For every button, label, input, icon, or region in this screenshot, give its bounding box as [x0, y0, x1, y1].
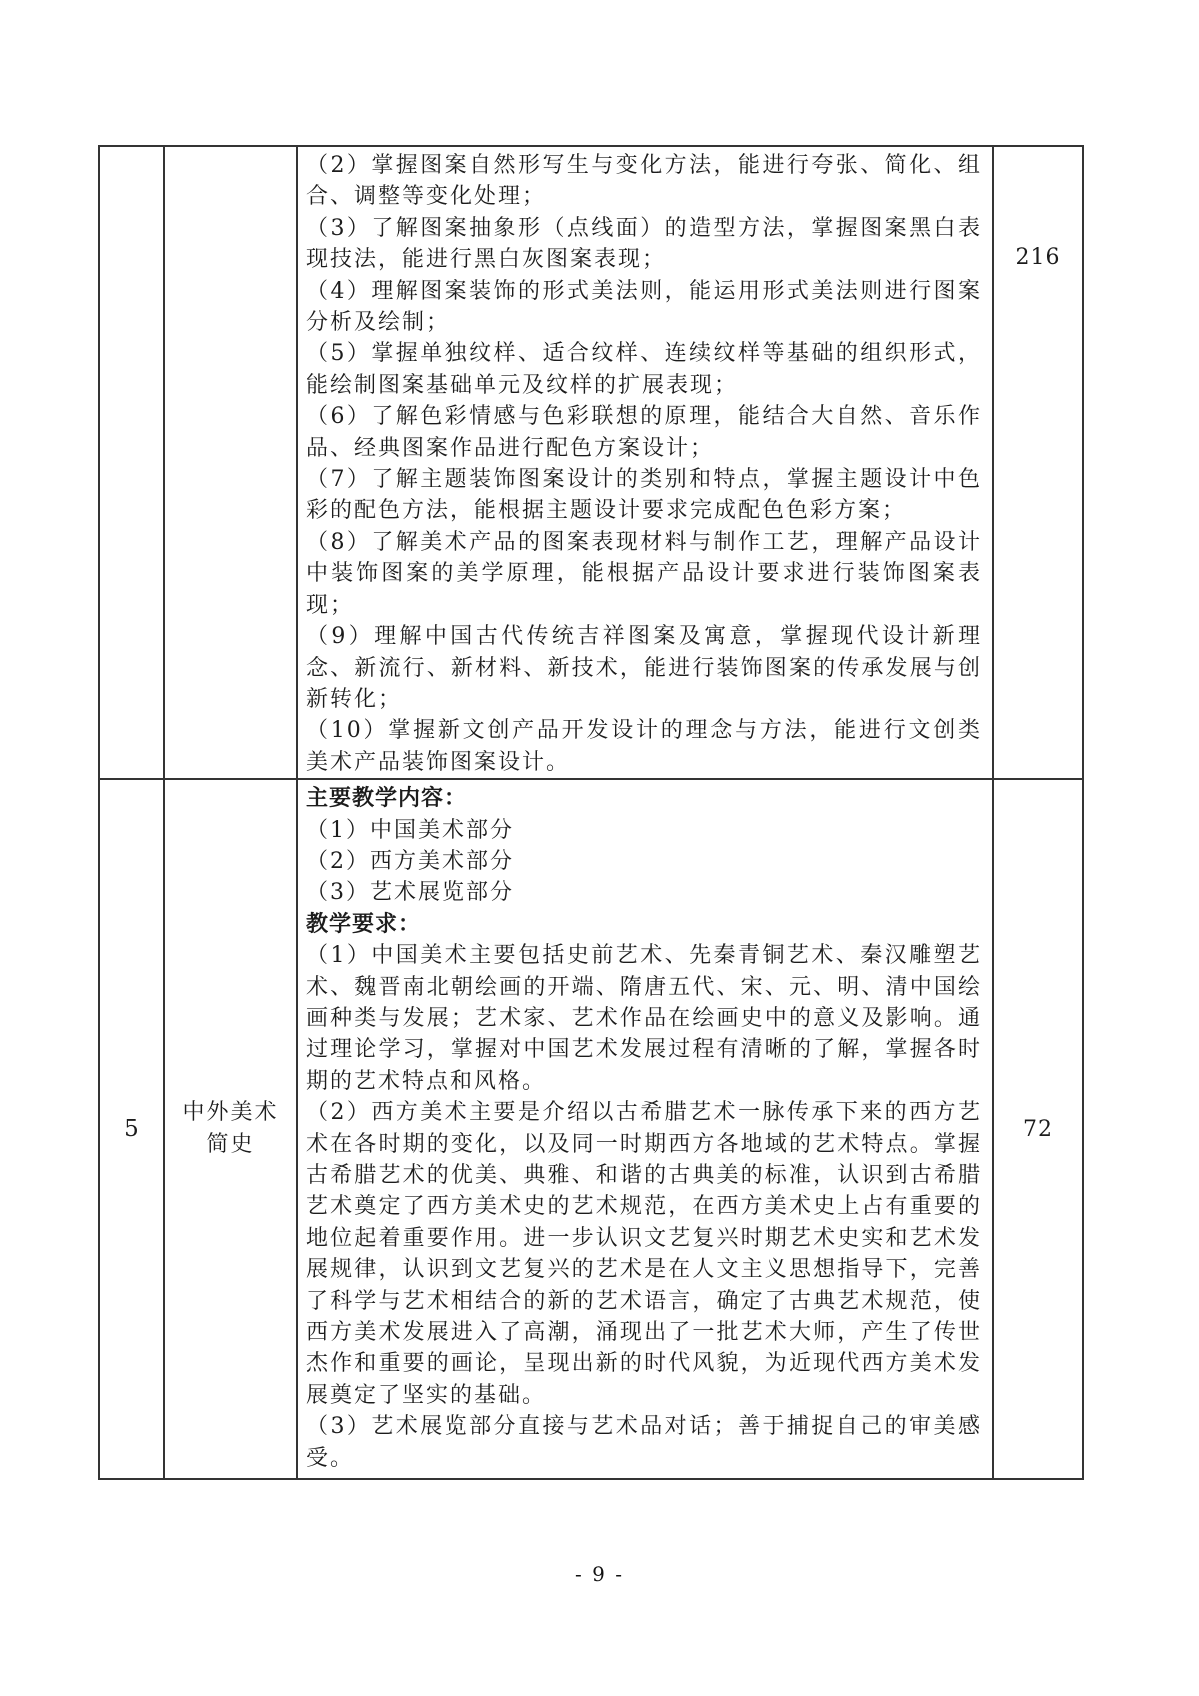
requirement-item: （8）了解美术产品的图案表现材料与制作工艺，理解产品设计中装饰图案的美学原理，能… — [306, 527, 982, 621]
requirement-item: （10）掌握新文创产品开发设计的理念与方法，能进行文创类美术产品装饰图案设计。 — [306, 715, 982, 778]
course-table: （2）掌握图案自然形写生与变化方法，能进行夸张、简化、组合、调整等变化处理； （… — [98, 145, 1084, 1480]
requirement-item: （7）了解主题装饰图案设计的类别和特点，掌握主题设计中色彩的配色方法，能根据主题… — [306, 464, 982, 527]
table-row: 5 中外美术简史 主要教学内容： （1）中国美术部分 （2）西方美术部分 （3）… — [99, 779, 1083, 1479]
requirement-item: （3）了解图案抽象形（点线面）的造型方法，掌握图案黑白表现技法，能进行黑白灰图案… — [306, 213, 982, 276]
page-number: - 9 - — [0, 1562, 1199, 1586]
course-name-cell: 中外美术简史 — [164, 779, 297, 1479]
requirement-item: （1）中国美术主要包括史前艺术、先秦青铜艺术、秦汉雕塑艺术、魏晋南北朝绘画的开端… — [306, 940, 982, 1097]
content-item: （3）艺术展览部分 — [306, 877, 982, 908]
course-number-cell: 5 — [99, 779, 164, 1479]
course-hours-cell: 72 — [993, 779, 1083, 1479]
course-name-cell — [164, 146, 297, 779]
course-content-cell: 主要教学内容： （1）中国美术部分 （2）西方美术部分 （3）艺术展览部分 教学… — [297, 779, 993, 1479]
requirement-item: （2）西方美术主要是介绍以古希腊艺术一脉传承下来的西方艺术在各时期的变化，以及同… — [306, 1097, 982, 1411]
course-hours-cell: 216 — [993, 146, 1083, 779]
course-name: 中外美术简史 — [181, 1097, 281, 1161]
course-content-cell: （2）掌握图案自然形写生与变化方法，能进行夸张、简化、组合、调整等变化处理； （… — [297, 146, 993, 779]
requirement-item: （3）艺术展览部分直接与艺术品对话；善于捕捉自己的审美感受。 — [306, 1411, 982, 1474]
content-item: （1）中国美术部分 — [306, 815, 982, 846]
requirement-item: （9）理解中国古代传统吉祥图案及寓意，掌握现代设计新理念、新流行、新材料、新技术… — [306, 621, 982, 715]
section-heading: 主要教学内容： — [306, 783, 982, 814]
document-page: （2）掌握图案自然形写生与变化方法，能进行夸张、简化、组合、调整等变化处理； （… — [0, 0, 1199, 1696]
course-number-cell — [99, 146, 164, 779]
requirement-item: （2）掌握图案自然形写生与变化方法，能进行夸张、简化、组合、调整等变化处理； — [306, 150, 982, 213]
content-item: （2）西方美术部分 — [306, 846, 982, 877]
table-row: （2）掌握图案自然形写生与变化方法，能进行夸张、简化、组合、调整等变化处理； （… — [99, 146, 1083, 779]
requirement-item: （6）了解色彩情感与色彩联想的原理，能结合大自然、音乐作品、经典图案作品进行配色… — [306, 401, 982, 464]
section-heading: 教学要求： — [306, 909, 982, 940]
requirement-item: （4）理解图案装饰的形式美法则，能运用形式美法则进行图案分析及绘制； — [306, 276, 982, 339]
requirement-item: （5）掌握单独纹样、适合纹样、连续纹样等基础的组织形式，能绘制图案基础单元及纹样… — [306, 338, 982, 401]
